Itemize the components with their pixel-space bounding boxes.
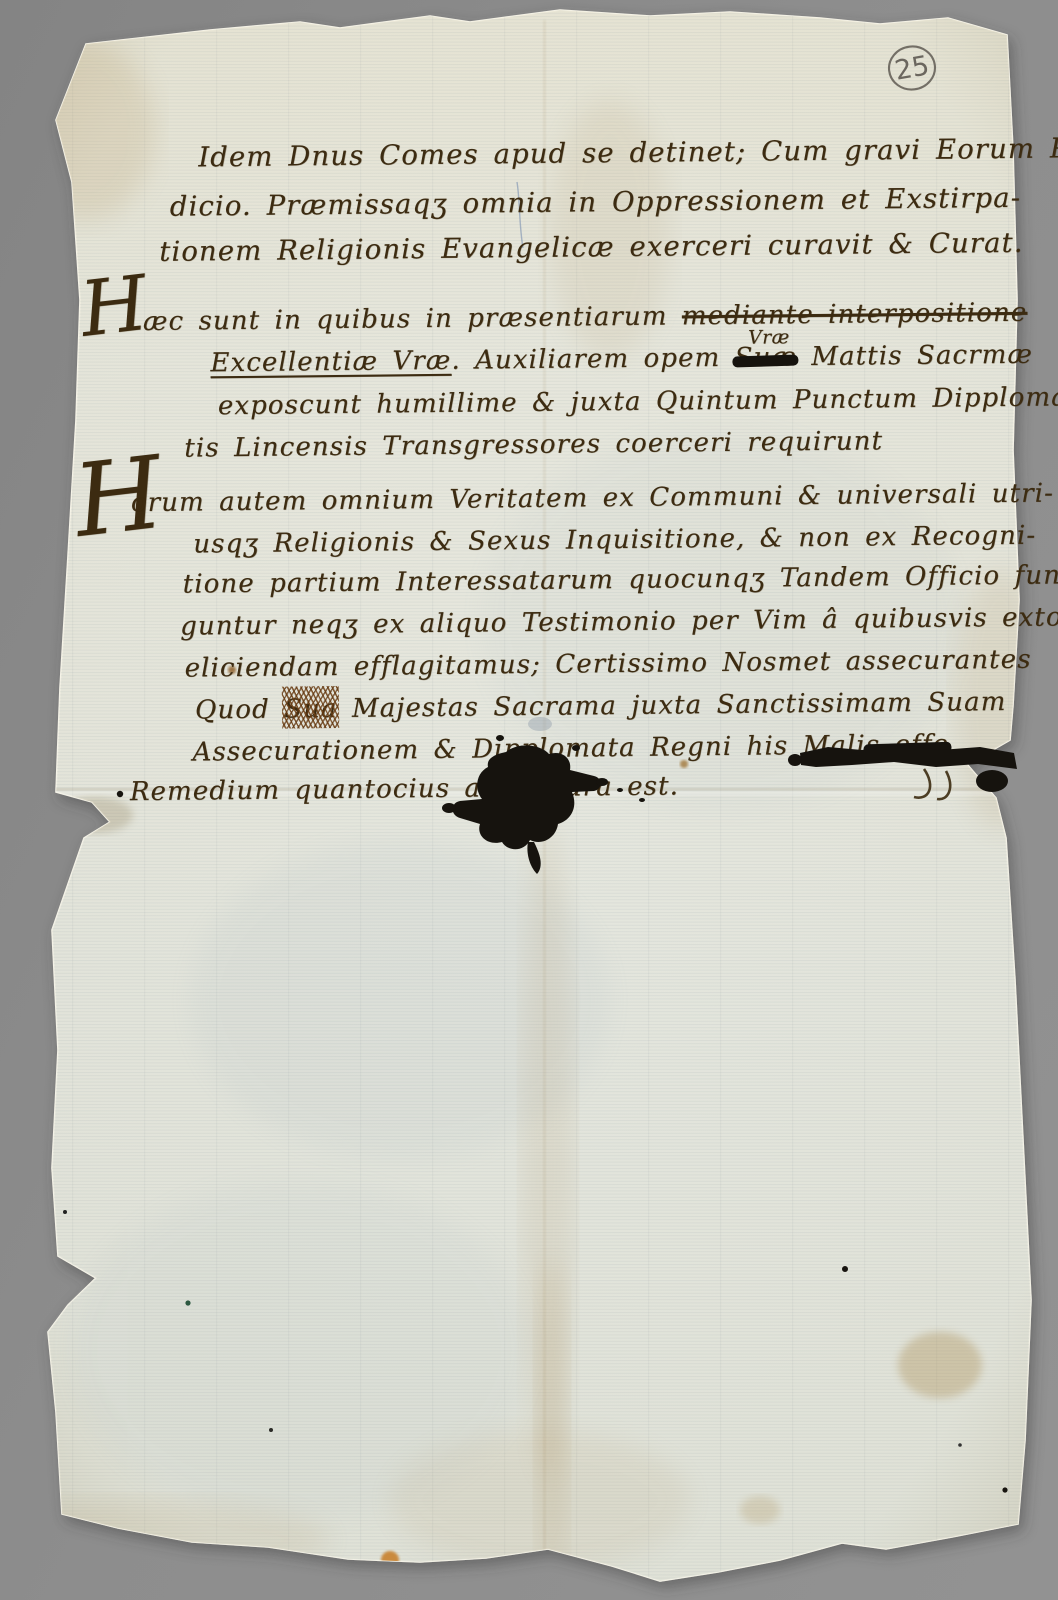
text-run: Mattis Sacrmæ (797, 340, 1033, 372)
text-run: guntur neqʒ ex aliquo Testimonio per Vim… (180, 602, 1058, 642)
paragraph-2-line-4: tis Lincensis Transgressores coerceri re… (184, 426, 883, 463)
text-strike: mediante interpositione (682, 298, 1028, 332)
text-run: usqʒ Religionis & Sexus Inquisitione, & … (193, 521, 1036, 560)
text-run: Quod (195, 695, 284, 726)
paragraph-2-initial-letter: H (77, 269, 151, 345)
text-run: dicio. Præmissaqʒ omnia in Oppressionem … (170, 182, 1022, 223)
ink-blot-large (442, 717, 645, 874)
manuscript-text: Idem Dnus Comes apud se detinet; Cum gra… (0, 0, 1058, 1600)
paragraph-3-line-5: eliciendam efflagitamus; Certissimo Nosm… (184, 645, 1031, 684)
text-run: æc sunt in quibus in præsentiarum (143, 301, 682, 337)
paragraph-3-line-6: Quod Sua Majestas Sacrama juxta Sanctiss… (195, 687, 1007, 725)
paper-sheet (0, 0, 1058, 1600)
text-run: Assecurationem & Dipplomata Regni his Ma… (192, 730, 866, 767)
paragraph-3-line-8: Remedium quantocius adhibitura est. (130, 771, 679, 807)
ink-strikeout-heavy (788, 745, 1017, 799)
paragraph-1-line-3: tionem Religionis Evangelicæ exerceri cu… (159, 227, 1024, 268)
inserted-word-above: Vræ (748, 328, 790, 349)
text-run: eliciendam efflagitamus; Certissimo Nosm… (184, 645, 1031, 684)
paragraph-3-line-3: tione partium Interessatarum quocunqʒ Ta… (183, 560, 1058, 599)
text-run: tis Lincensis Transgressores coerceri re… (184, 426, 883, 463)
text-run: exposcunt humillime & juxta Quintum Punc… (218, 382, 1058, 421)
paragraph-1-line-1: Idem Dnus Comes apud se detinet; Cum gra… (198, 131, 1058, 173)
ink-blots (0, 0, 1058, 1600)
text-run: Remedium quantocius adhibitura est. (130, 771, 679, 807)
text-blackstrike: s effe (866, 730, 950, 761)
paragraph-2-line-3: exposcunt humillime & juxta Quintum Punc… (218, 382, 1058, 421)
text-run: tionem Religionis Evangelicæ exerceri cu… (159, 227, 1024, 268)
paragraph-3-initial-letter: H (70, 448, 167, 547)
paragraph-3-line-1: orum autem omnium Veritatem ex Communi &… (131, 478, 1054, 518)
text-run: tione partium Interessatarum quocunqʒ Ta… (183, 560, 1058, 599)
folio-annotation: 25 (878, 38, 948, 102)
paragraph-1-line-2: dicio. Præmissaqʒ omnia in Oppressionem … (170, 182, 1022, 223)
text-run: . Auxiliarem opem (451, 343, 735, 376)
text-run: Majestas Sacrama juxta Sanctissimam Suam (337, 687, 1006, 724)
paragraph-3-line-2: usqʒ Religionis & Sexus Inquisitione, & … (193, 521, 1036, 560)
paragraph-2-line-2: Excellentiæ Vræ. Auxiliarem opem SuæVræ … (210, 340, 1033, 379)
paragraph-2-line-1: æc sunt in quibus in præsentiarum median… (143, 298, 1028, 337)
text-run: orum autem omnium Veritatem ex Communi &… (131, 478, 1054, 518)
text-run: Idem Dnus Comes apud se detinet; Cum gra… (198, 131, 1058, 173)
paragraph-3-line-4: guntur neqʒ ex aliquo Testimonio per Vim… (180, 602, 1058, 642)
text-blackstrike: SuæVræ (735, 342, 798, 373)
text-scribble: Sua (284, 694, 338, 725)
paper-stains (0, 20, 1045, 1580)
folio-number: 25 (873, 33, 950, 104)
paper-outline (48, 10, 1031, 1581)
text-underline: Excellentiæ Vræ (210, 346, 451, 379)
scan-background: Idem Dnus Comes apud se detinet; Cum gra… (0, 0, 1058, 1600)
paragraph-3-line-7: Assecurationem & Dipplomata Regni his Ma… (192, 730, 949, 768)
